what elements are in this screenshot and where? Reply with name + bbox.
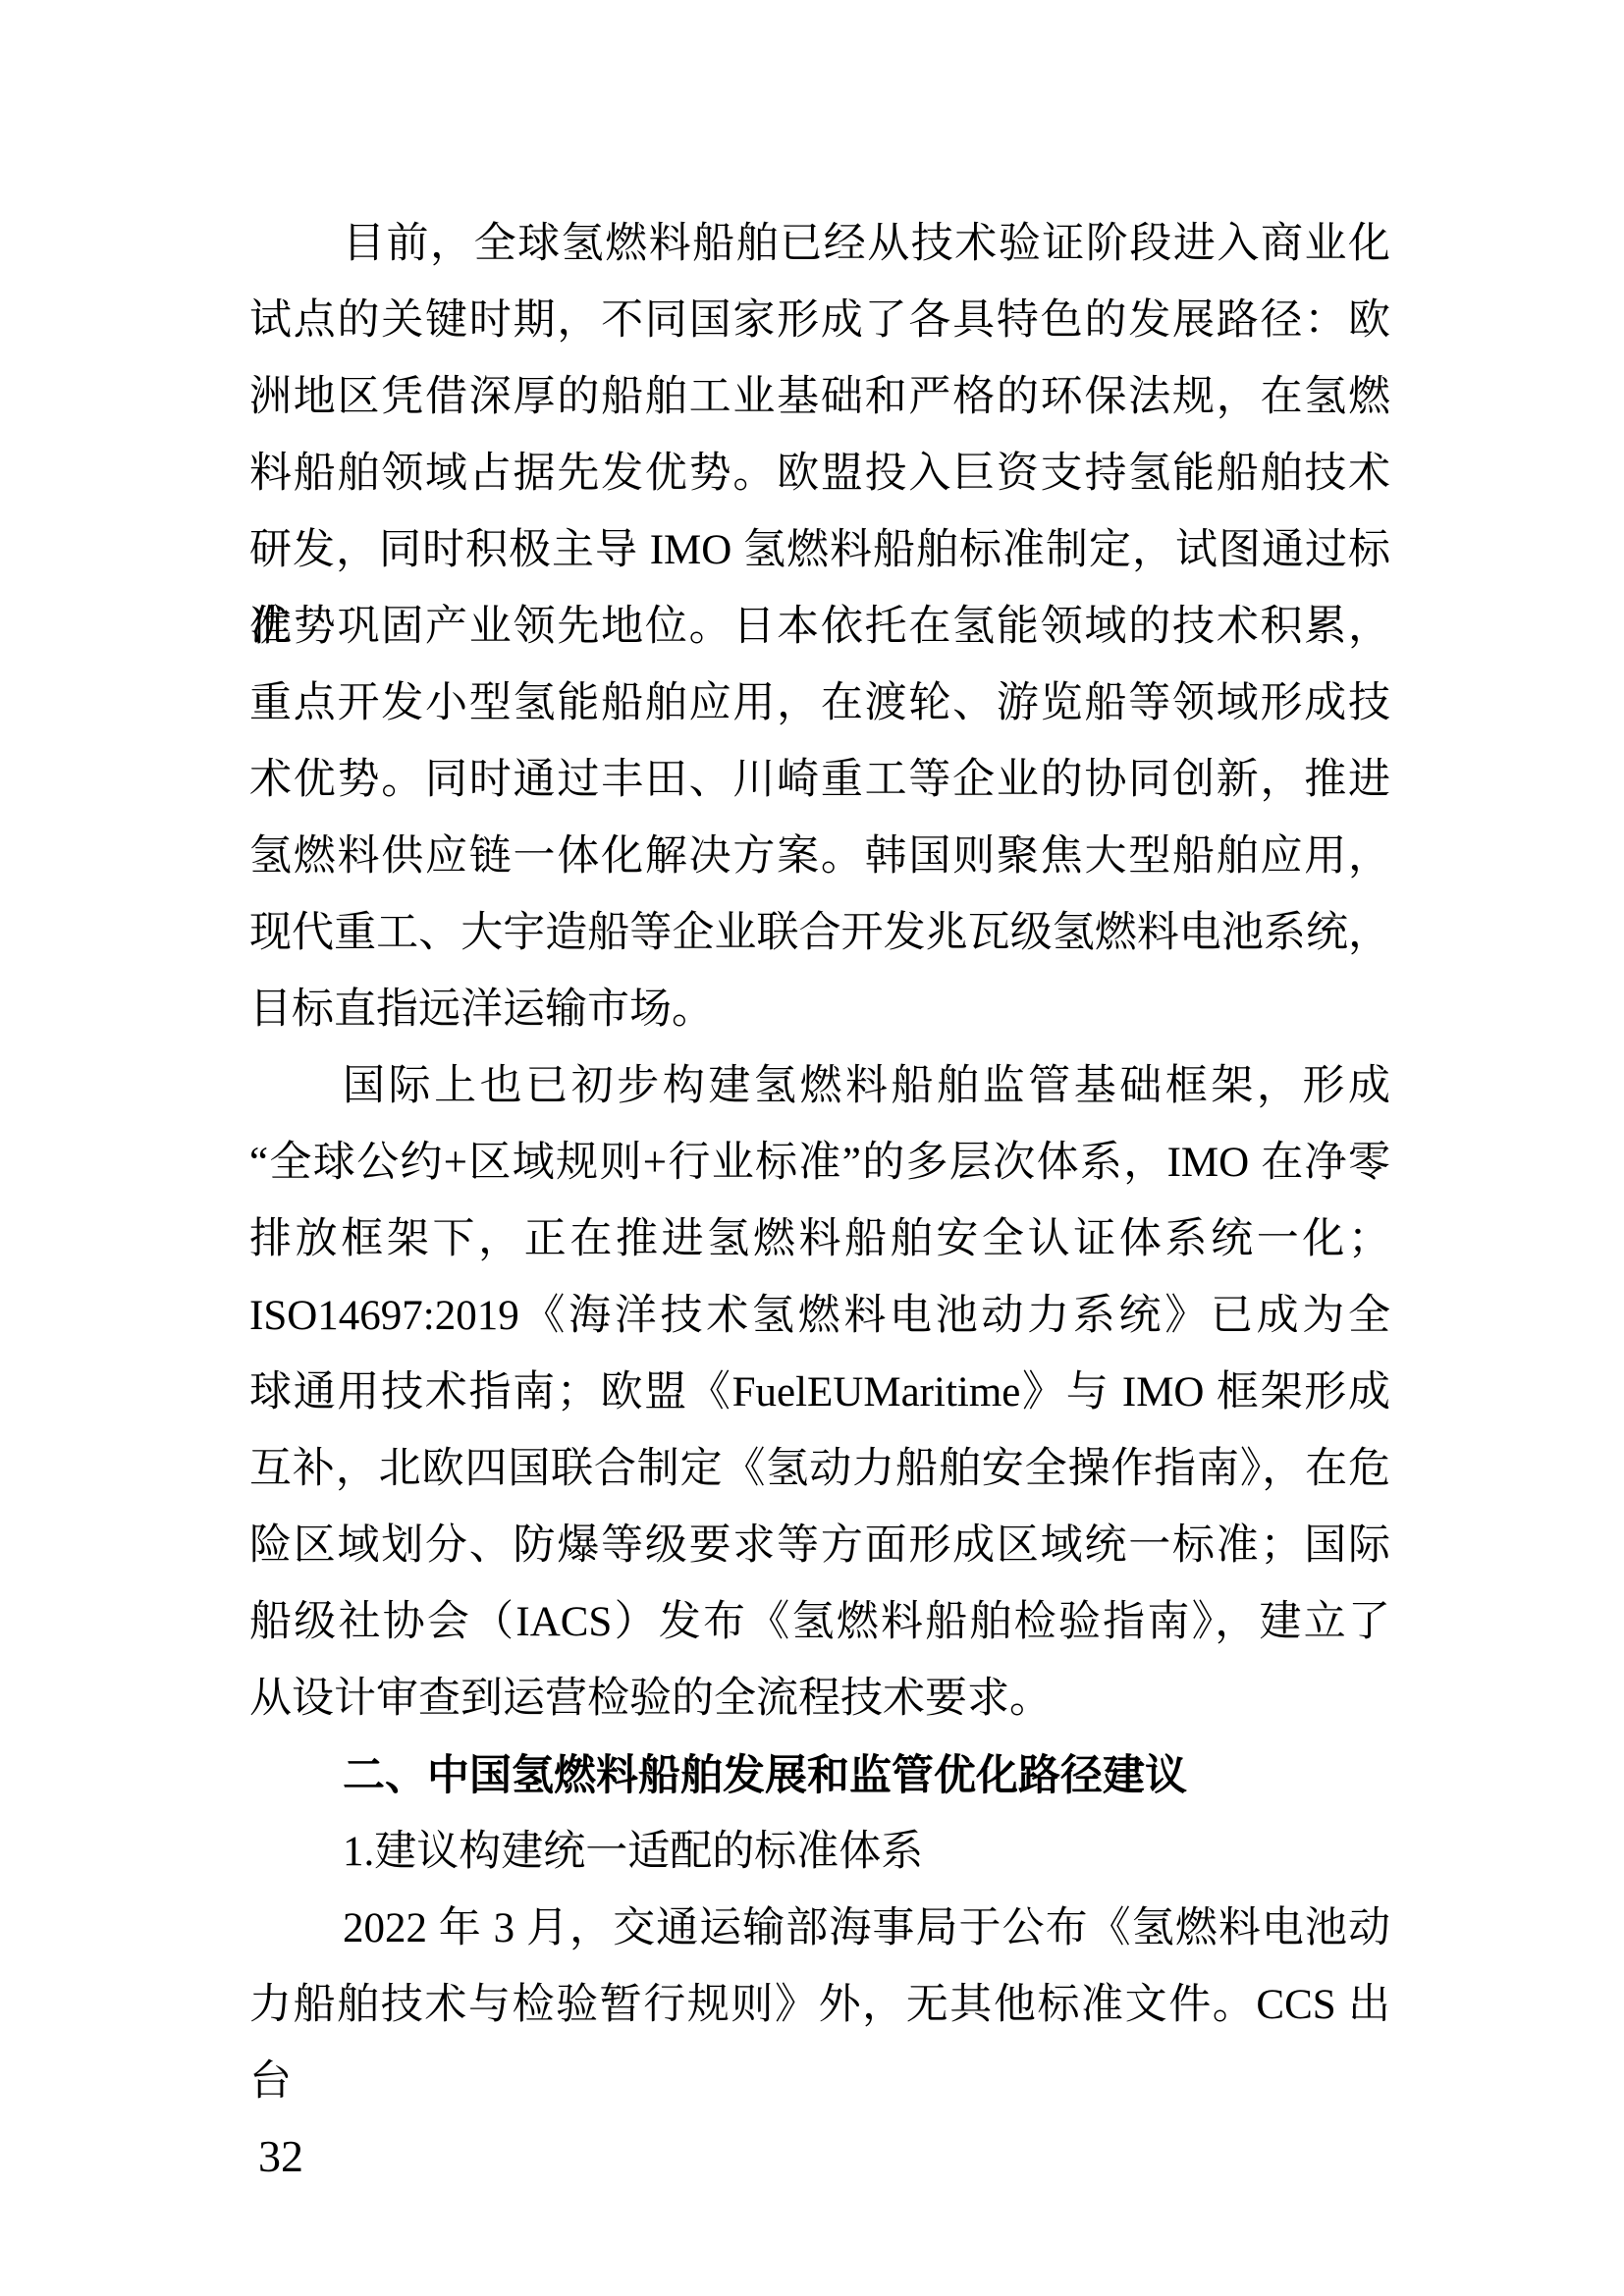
body-line: 优势巩固产业领先地位。日本依托在氢能领域的技术积累， <box>249 589 1390 666</box>
body-line: 试点的关键时期，不同国家形成了各具特色的发展路径：欧 <box>249 283 1390 359</box>
section-heading: 二、中国氢燃料船舶发展和监管优化路径建议 <box>249 1737 1390 1814</box>
body-line: 从设计审查到运营检验的全流程技术要求。 <box>249 1661 1390 1737</box>
document-page: 目前，全球氢燃料船舶已经从技术验证阶段进入商业化试点的关键时期，不同国家形成了各… <box>0 0 1624 2296</box>
body-line: 排放框架下，正在推进氢燃料船舶安全认证体系统一化； <box>249 1201 1390 1278</box>
text-block: 目前，全球氢燃料船舶已经从技术验证阶段进入商业化试点的关键时期，不同国家形成了各… <box>249 206 1390 2044</box>
subsection-heading: 1.建议构建统一适配的标准体系 <box>249 1814 1390 1891</box>
body-line: 料船舶领域占据先发优势。欧盟投入巨资支持氢能船舶技术 <box>249 436 1390 512</box>
body-line: 氢燃料供应链一体化解决方案。韩国则聚焦大型船舶应用， <box>249 819 1390 895</box>
body-line: 国际上也已初步构建氢燃料船舶监管基础框架，形成 <box>249 1048 1390 1125</box>
body-line: 目标直指远洋运输市场。 <box>249 972 1390 1048</box>
body-line: 研发，同时积极主导 IMO 氢燃料船舶标准制定，试图通过标准 <box>249 512 1390 589</box>
body-line: 现代重工、大宇造船等企业联合开发兆瓦级氢燃料电池系统， <box>249 895 1390 972</box>
body-line: 力船舶技术与检验暂行规则》外，无其他标准文件。CCS 出台 <box>249 1967 1390 2044</box>
body-line: 船级社协会（IACS）发布《氢燃料船舶检验指南》，建立了 <box>249 1584 1390 1661</box>
body-line: “全球公约+区域规则+行业标准”的多层次体系，IMO 在净零 <box>249 1125 1390 1201</box>
body-line: 洲地区凭借深厚的船舶工业基础和严格的环保法规，在氢燃 <box>249 359 1390 436</box>
page-number: 32 <box>258 2133 303 2180</box>
body-line: 术优势。同时通过丰田、川崎重工等企业的协同创新，推进 <box>249 742 1390 819</box>
body-line: 目前，全球氢燃料船舶已经从技术验证阶段进入商业化 <box>249 206 1390 283</box>
body-line: 重点开发小型氢能船舶应用，在渡轮、游览船等领域形成技 <box>249 666 1390 742</box>
body-line: 险区域划分、防爆等级要求等方面形成区域统一标准；国际 <box>249 1508 1390 1584</box>
body-line: 2022 年 3 月，交通运输部海事局于公布《氢燃料电池动 <box>249 1891 1390 1967</box>
body-line: ISO14697:2019《海洋技术氢燃料电池动力系统》已成为全 <box>249 1278 1390 1355</box>
body-line: 互补，北欧四国联合制定《氢动力船舶安全操作指南》，在危 <box>249 1431 1390 1508</box>
body-line: 球通用技术指南；欧盟《FuelEUMaritime》与 IMO 框架形成 <box>249 1355 1390 1431</box>
